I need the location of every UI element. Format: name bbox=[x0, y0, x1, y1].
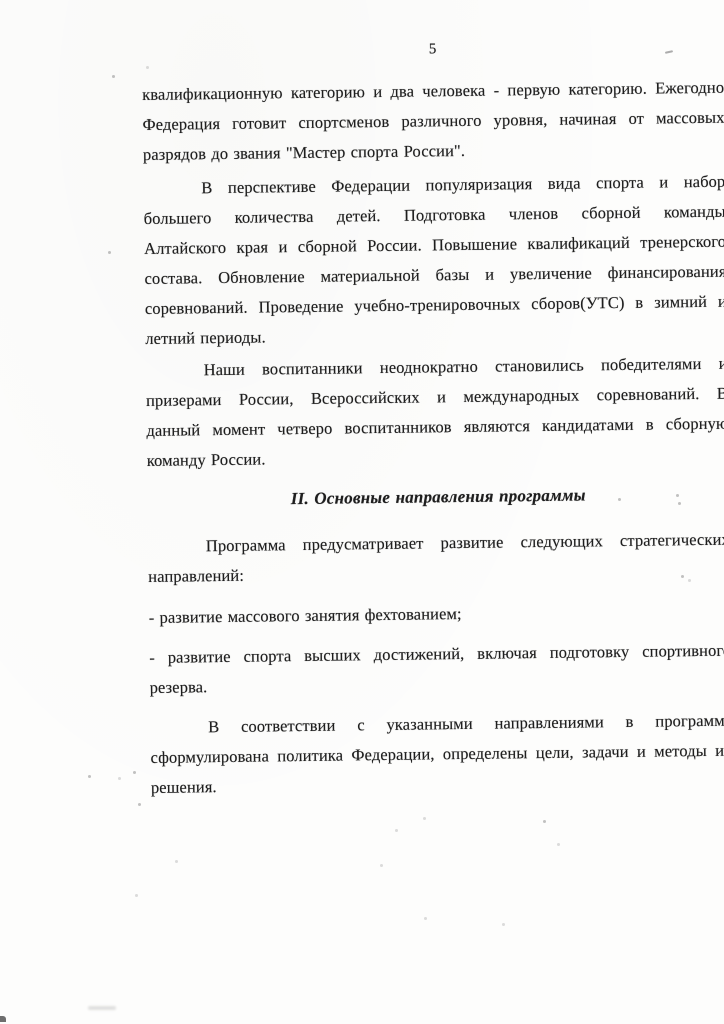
paragraph-perspective: В перспективе Федерации популяризация ви… bbox=[143, 167, 724, 354]
bullet-high-achievement: - развитие спорта высших достижений, вкл… bbox=[149, 636, 724, 703]
scan-speck bbox=[502, 923, 505, 926]
scan-speck bbox=[395, 829, 398, 832]
paragraph-policy: В соответствии с указанными направлениям… bbox=[150, 706, 724, 803]
scan-speck bbox=[424, 917, 427, 920]
scan-speck bbox=[380, 864, 383, 867]
scan-speck bbox=[138, 803, 141, 806]
scan-speck bbox=[215, 150, 218, 153]
bullet-mass-fencing: - развитие массового занятия фехтованием… bbox=[149, 596, 724, 633]
section-heading: II. Основные направления программы bbox=[147, 479, 724, 516]
text-line: команду России. bbox=[147, 439, 724, 476]
scan-speck bbox=[423, 817, 426, 820]
scan-speck bbox=[133, 771, 136, 774]
scan-speck bbox=[557, 843, 560, 846]
paragraph-pupils: Наши воспитанники неоднократно становили… bbox=[145, 349, 724, 476]
scan-speck bbox=[175, 860, 178, 863]
paragraph-program-directions: Программа предусматривает развитие следу… bbox=[148, 525, 724, 592]
page-number: 5 bbox=[141, 31, 723, 68]
scan-speck bbox=[108, 251, 111, 254]
scan-speck bbox=[678, 502, 681, 505]
text-line: направлений: bbox=[148, 555, 724, 592]
scan-speck bbox=[118, 777, 121, 780]
scan-speck bbox=[676, 494, 679, 497]
scan-smudge bbox=[88, 1006, 116, 1010]
page-content: 5 квалификационную категорию и два челов… bbox=[141, 0, 724, 803]
scan-speck bbox=[88, 775, 91, 778]
scan-corner-mark bbox=[0, 1016, 6, 1022]
document-page: 5 квалификационную категорию и два челов… bbox=[0, 0, 724, 1024]
scan-speck bbox=[681, 575, 684, 578]
text-line: - развитие массового занятия фехтованием… bbox=[149, 596, 724, 633]
scan-speck bbox=[543, 820, 546, 823]
scan-speck bbox=[688, 579, 691, 582]
scan-speck bbox=[112, 75, 115, 78]
text-line: разрядов до звания "Мастер спорта России… bbox=[143, 133, 724, 170]
paragraph-qualification: квалификационную категорию и два человек… bbox=[142, 73, 724, 170]
scan-speck bbox=[146, 66, 149, 69]
scan-speck bbox=[135, 894, 138, 897]
text-line: летний периоды. bbox=[145, 317, 724, 354]
scan-speck bbox=[618, 498, 621, 501]
